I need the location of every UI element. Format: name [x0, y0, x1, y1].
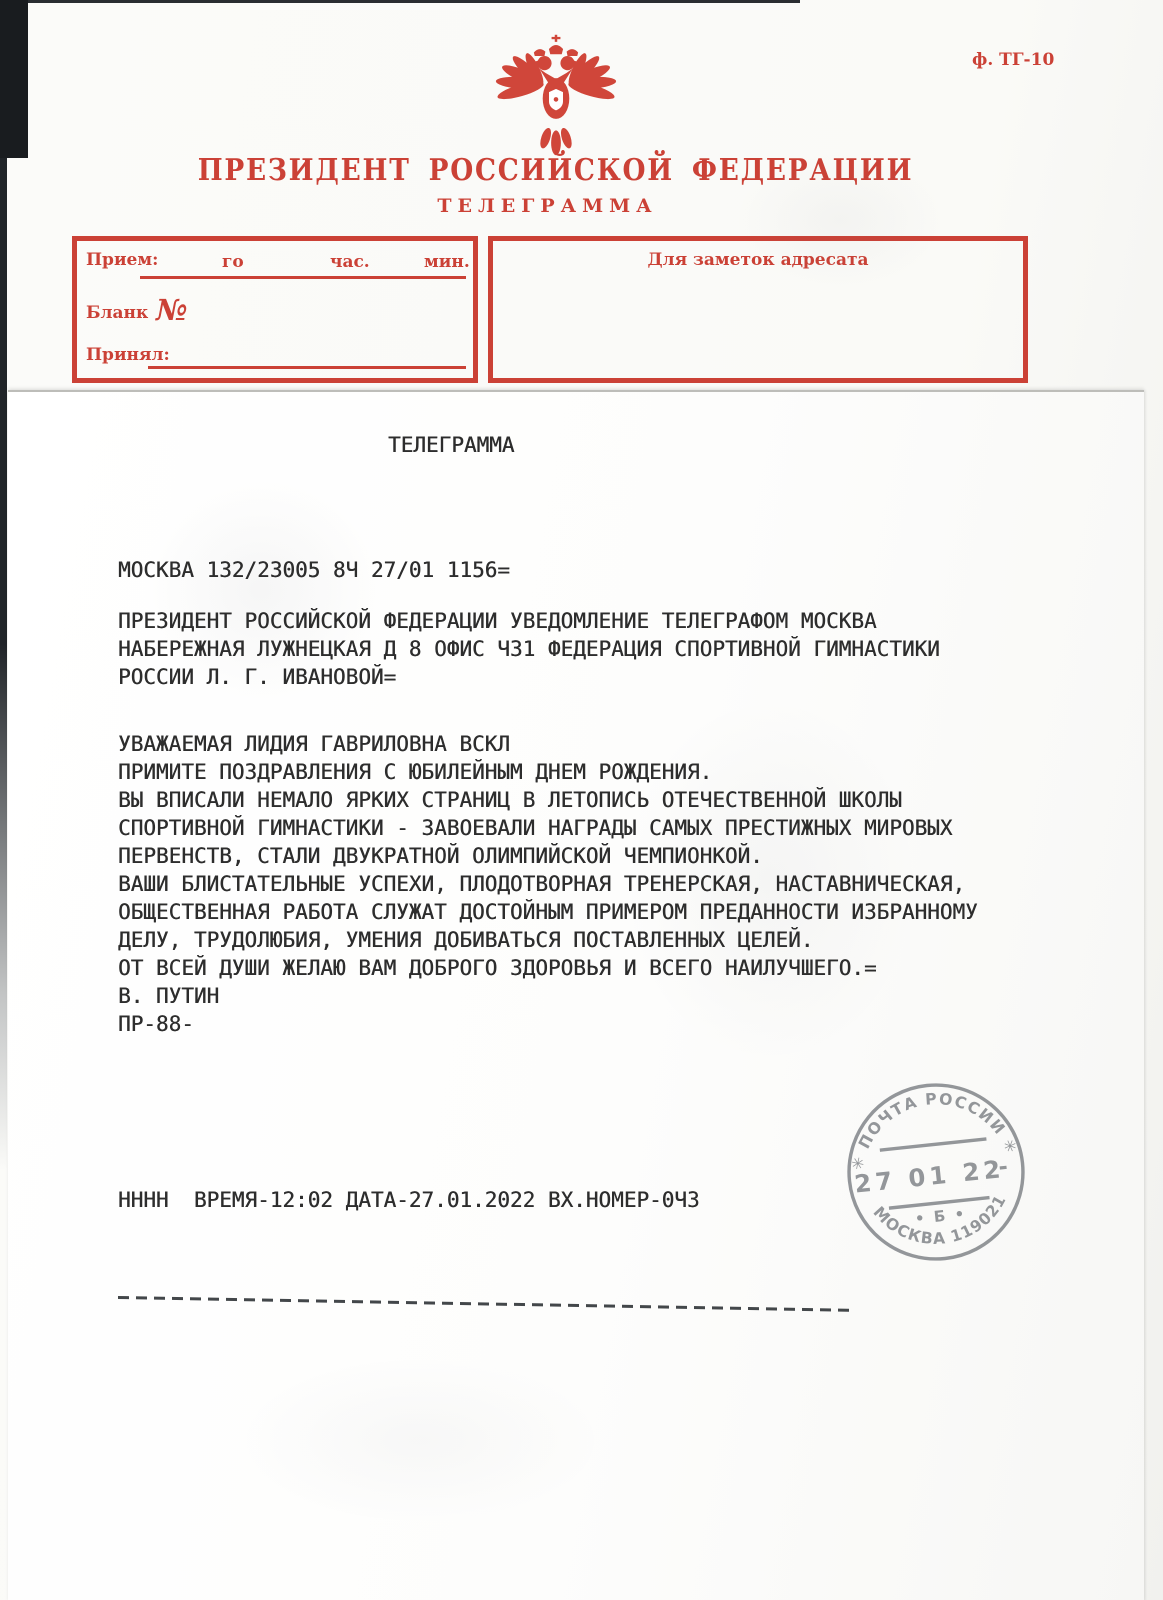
telegram-line: СПОРТИВНОЙ ГИМНАСТИКИ - ЗАВОЕВАЛИ НАГРАД… — [118, 814, 978, 842]
stamp-date: 27 01 22 — [853, 1154, 1006, 1199]
telegram-service-line: НННН ВРЕМЯ-12:02 ДАТА-27.01.2022 ВХ.НОМЕ… — [118, 1186, 700, 1214]
coat-of-arms-eagle-icon — [480, 33, 632, 157]
stamp-bar-top — [880, 1137, 987, 1152]
scan-edge-left — [0, 0, 7, 1170]
telegram-origin-line: МОСКВА 132/23005 8Ч 27/01 1156= — [118, 556, 510, 584]
telegram-line: ПЕРВЕНСТВ, СТАЛИ ДВУКРАТНОЙ ОЛИМПИЙСКОЙ … — [118, 842, 978, 870]
scanned-telegram-page: ф. ТГ-10 — [0, 0, 1163, 1600]
telegram-line: ПРЕЗИДЕНТ РОССИЙСКОЙ ФЕДЕРАЦИИ УВЕДОМЛЕН… — [118, 607, 940, 635]
min-label: мин. — [424, 252, 470, 272]
prinyal-label: Принял: — [86, 345, 170, 365]
telegram-line: ВАШИ БЛИСТАТЕЛЬНЫЕ УСПЕХИ, ПЛОДОТВОРНАЯ … — [118, 870, 978, 898]
reception-form-notes-box: Для заметок адресата — [488, 236, 1028, 383]
scan-edge-top — [0, 0, 800, 3]
telegram-line: В. ПУТИН — [118, 982, 978, 1010]
postal-stamp: ✳ ПОЧТА РОССИИ ✳ 27 01 22 - • Б • МОСКВА… — [836, 1072, 1036, 1272]
telegram-line: ДЕЛУ, ТРУДОЛЮБИЯ, УМЕНИЯ ДОБИВАТЬСЯ ПОСТ… — [118, 926, 978, 954]
priem-underline — [140, 276, 466, 279]
telegram-address-block: ПРЕЗИДЕНТ РОССИЙСКОЙ ФЕДЕРАЦИИ УВЕДОМЛЕН… — [118, 607, 940, 691]
scan-edge-corner — [0, 0, 28, 158]
letterhead-title: ПРЕЗИДЕНТ РОССИЙСКОЙ ФЕДЕРАЦИИ — [198, 153, 898, 188]
form-code: ф. ТГ-10 — [972, 50, 1054, 70]
letterhead-header: ПРЕЗИДЕНТ РОССИЙСКОЙ ФЕДЕРАЦИИ ТЕЛЕГРАММ… — [150, 153, 945, 217]
telegram-line: ПРИМИТЕ ПОЗДРАВЛЕНИЯ С ЮБИЛЕЙНЫМ ДНЕМ РО… — [118, 758, 978, 786]
letterhead-subtitle: ТЕЛЕГРАММА — [150, 195, 945, 217]
telegram-body-block: УВАЖАЕМАЯ ЛИДИЯ ГАВРИЛОВНА ВСКЛПРИМИТЕ П… — [118, 730, 978, 1038]
priem-label: Прием: — [86, 250, 158, 270]
telegram-line: НАБЕРЕЖНАЯ ЛУЖНЕЦКАЯ Д 8 ОФИС Ч31 ФЕДЕРА… — [118, 635, 940, 663]
telegram-line: ВЫ ВПИСАЛИ НЕМАЛО ЯРКИХ СТРАНИЦ В ЛЕТОПИ… — [118, 786, 978, 814]
telegram-line: УВАЖАЕМАЯ ЛИДИЯ ГАВРИЛОВНА ВСКЛ — [118, 730, 978, 758]
stamp-side-dash: - — [997, 1154, 1009, 1181]
blank-label: Бланк — [86, 303, 148, 323]
notes-label: Для заметок адресата — [493, 241, 1023, 270]
telegram-line: ПР-88- — [118, 1010, 978, 1038]
chas-label: час. — [330, 252, 370, 272]
go-label: го — [222, 252, 244, 272]
number-sign: № — [156, 293, 188, 327]
telegram-heading: ТЕЛЕГРАММА — [388, 431, 514, 459]
telegram-line: РОССИИ Л. Г. ИВАНОВОЙ= — [118, 663, 940, 691]
prinyal-underline — [148, 366, 466, 369]
telegram-line: ОТ ВСЕЙ ДУШИ ЖЕЛАЮ ВАМ ДОБРОГО ЗДОРОВЬЯ … — [118, 954, 978, 982]
telegram-line: ОБЩЕСТВЕННАЯ РАБОТА СЛУЖАТ ДОСТОЙНЫМ ПРИ… — [118, 898, 978, 926]
